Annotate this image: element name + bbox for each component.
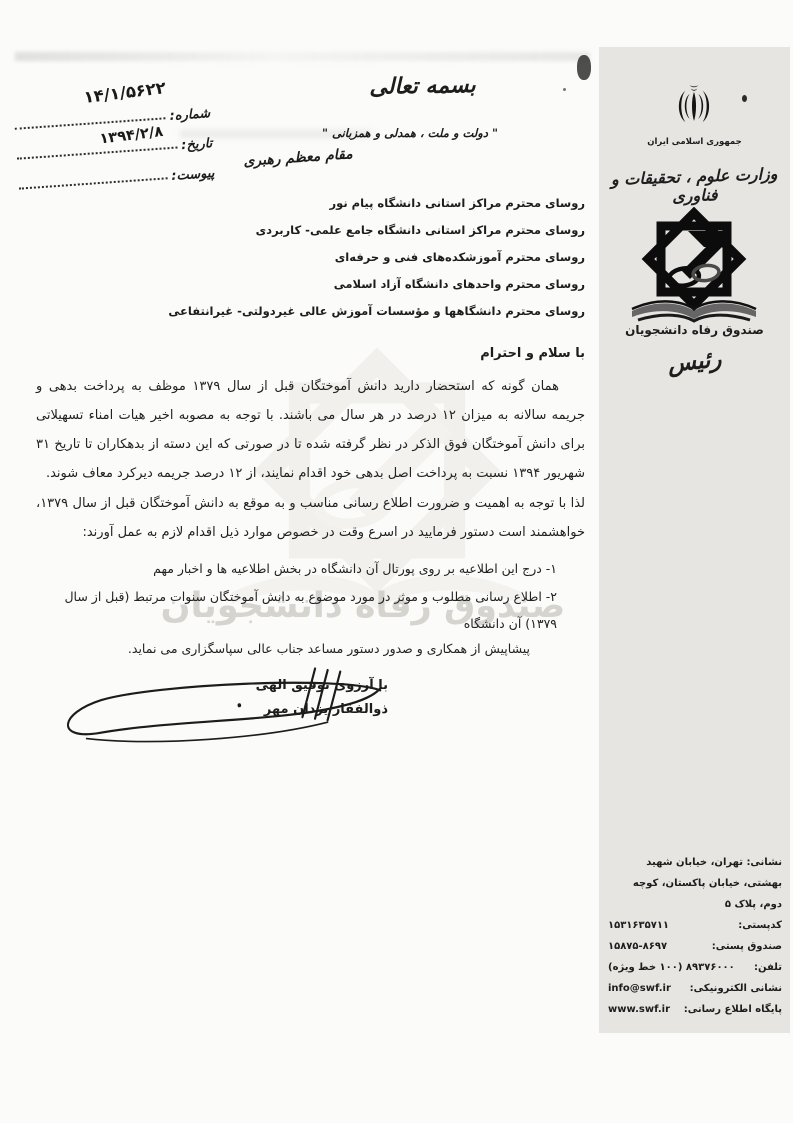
year-slogan: " دولت و ملت ، همدلی و همزبانی " <box>295 126 525 140</box>
phone-label: تلفن: <box>754 957 782 978</box>
iran-national-emblem-icon <box>667 81 721 133</box>
action-items-list: ۱- درج این اطلاعیه بر روی پورتال آن دانش… <box>36 555 557 638</box>
postal-code-value: ۱۵۳۱۶۳۵۷۱۱ <box>608 915 669 936</box>
postal-code-row: کدپستی: ۱۵۳۱۶۳۵۷۱۱ <box>608 915 782 936</box>
ministry-name: وزارت علوم ، تحقیقات و فناوری <box>598 164 790 209</box>
scan-smudge-streak <box>15 52 590 61</box>
email-label: نشانی الکترونیکی: <box>690 978 782 999</box>
closing-line: پیشاپیش از همکاری و صدور دستور مساعد جنا… <box>128 641 530 656</box>
scan-speck <box>563 88 566 91</box>
handwritten-date: ۱۳۹۴/۲/۸ <box>99 124 164 148</box>
list-item: ۲- اطلاع رسانی مطلوب و موثر در مورد موضو… <box>36 583 557 638</box>
email-value: info@swf.ir <box>608 978 671 999</box>
organization-name: صندوق رفاه دانشجویان <box>599 323 790 337</box>
body-paragraph: لذا با توجه به اهمیت و ضرورت اطلاع رسانی… <box>36 489 585 547</box>
letterhead-sidebar: جمهوری اسلامی ایران وزارت علوم ، تحقیقات… <box>599 47 790 1033</box>
recipient-line: روسای محترم واحدهای دانشگاه آزاد اسلامی <box>168 271 585 298</box>
scan-speck <box>742 95 747 102</box>
email-row: نشانی الکترونیکی: info@swf.ir <box>608 978 782 999</box>
recipient-line: روسای محترم مراکز استانی دانشگاه جامع عل… <box>168 217 585 244</box>
dotted-line <box>19 177 168 189</box>
handwritten-number: ۱۴/۱/۵۶۲۲ <box>83 78 167 107</box>
recipients-list: روسای محترم مراکز استانی دانشگاه پیام نو… <box>168 190 585 325</box>
reference-stamp: ۱۴/۱/۵۶۲۲ شماره: ۱۳۹۴/۲/۸ تاریخ: پیوست: <box>11 91 215 195</box>
website-row: پایگاه اطلاع رسانی: www.swf.ir <box>608 999 782 1020</box>
website-label: پایگاه اطلاع رسانی: <box>684 999 782 1020</box>
recipient-line: روسای محترم آموزشکده‌های فنی و حرفه‌ای <box>168 244 585 271</box>
attachment-label: پیوست: <box>171 166 215 184</box>
address-line: نشانی: تهران، خیابان شهید بهشتی، خیابان … <box>608 852 782 915</box>
salutation: با سلام و احترام <box>480 346 585 361</box>
body-paragraph: همان گونه که استحضار دارید دانش آموختگان… <box>36 372 585 488</box>
country-name: جمهوری اسلامی ایران <box>599 137 790 147</box>
website-value: www.swf.ir <box>608 999 670 1020</box>
address-label: نشانی: <box>746 857 782 868</box>
scan-ink-artifact <box>577 55 591 80</box>
recipient-line: روسای محترم دانشگاهها و مؤسسات آموزش عال… <box>168 298 585 325</box>
po-box-row: صندوق پستی: ۱۵۸۷۵-۸۶۹۷ <box>608 936 782 957</box>
po-box-value: ۱۵۸۷۵-۸۶۹۷ <box>608 936 667 957</box>
slogan-attribution: مقام معظم رهبری <box>233 145 364 170</box>
swf-logo-icon <box>627 207 761 323</box>
recipient-line: روسای محترم مراکز استانی دانشگاه پیام نو… <box>168 190 585 217</box>
bismillah-header: بسمه تعالی <box>330 72 515 100</box>
po-box-label: صندوق پستی: <box>712 936 782 957</box>
postal-code-label: کدپستی: <box>738 915 782 936</box>
signer-role: رئیس <box>598 339 791 385</box>
contact-block: نشانی: تهران، خیابان شهید بهشتی، خیابان … <box>608 852 782 1020</box>
scanned-letter-page: صندوق رفاه دانشجویان جمهوری اسلامی ایران… <box>0 0 793 1123</box>
phone-value: ۸۹۳۷۶۰۰۰ (۱۰۰ خط ویژه) <box>608 957 735 978</box>
phone-row: تلفن: ۸۹۳۷۶۰۰۰ (۱۰۰ خط ویژه) <box>608 957 782 978</box>
handwritten-signature-icon <box>47 660 390 758</box>
list-item: ۱- درج این اطلاعیه بر روی پورتال آن دانش… <box>36 555 557 583</box>
